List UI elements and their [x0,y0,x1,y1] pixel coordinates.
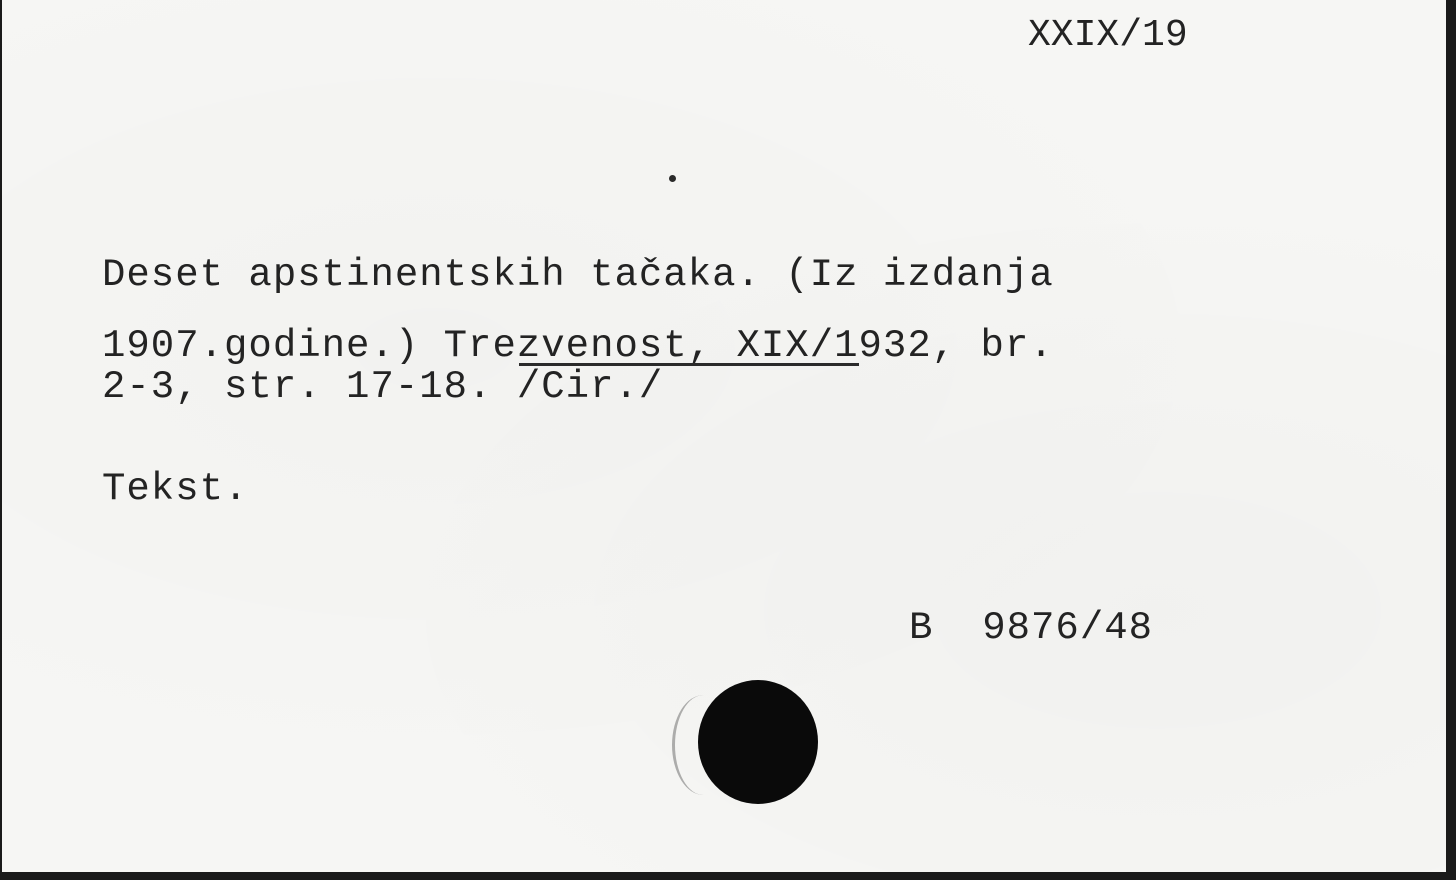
call-number: XXIX/19 [1028,17,1188,55]
type-note: Tekst. [102,470,248,509]
citation-line-2: 1907.godine.) Trezvenost, XIX/1932, br. [102,327,1054,366]
punch-hole [698,680,818,804]
citation-line-3: 2-3, str. 17-18. /Cir./ [102,368,663,407]
ink-dot [669,175,676,182]
catalog-card: XXIX/19 Deset apstinentskih tačaka. (Iz … [2,0,1446,872]
accession-number: B 9876/48 [909,609,1153,648]
citation-line-1: Deset apstinentskih tačaka. (Iz izdanja [102,256,1054,295]
